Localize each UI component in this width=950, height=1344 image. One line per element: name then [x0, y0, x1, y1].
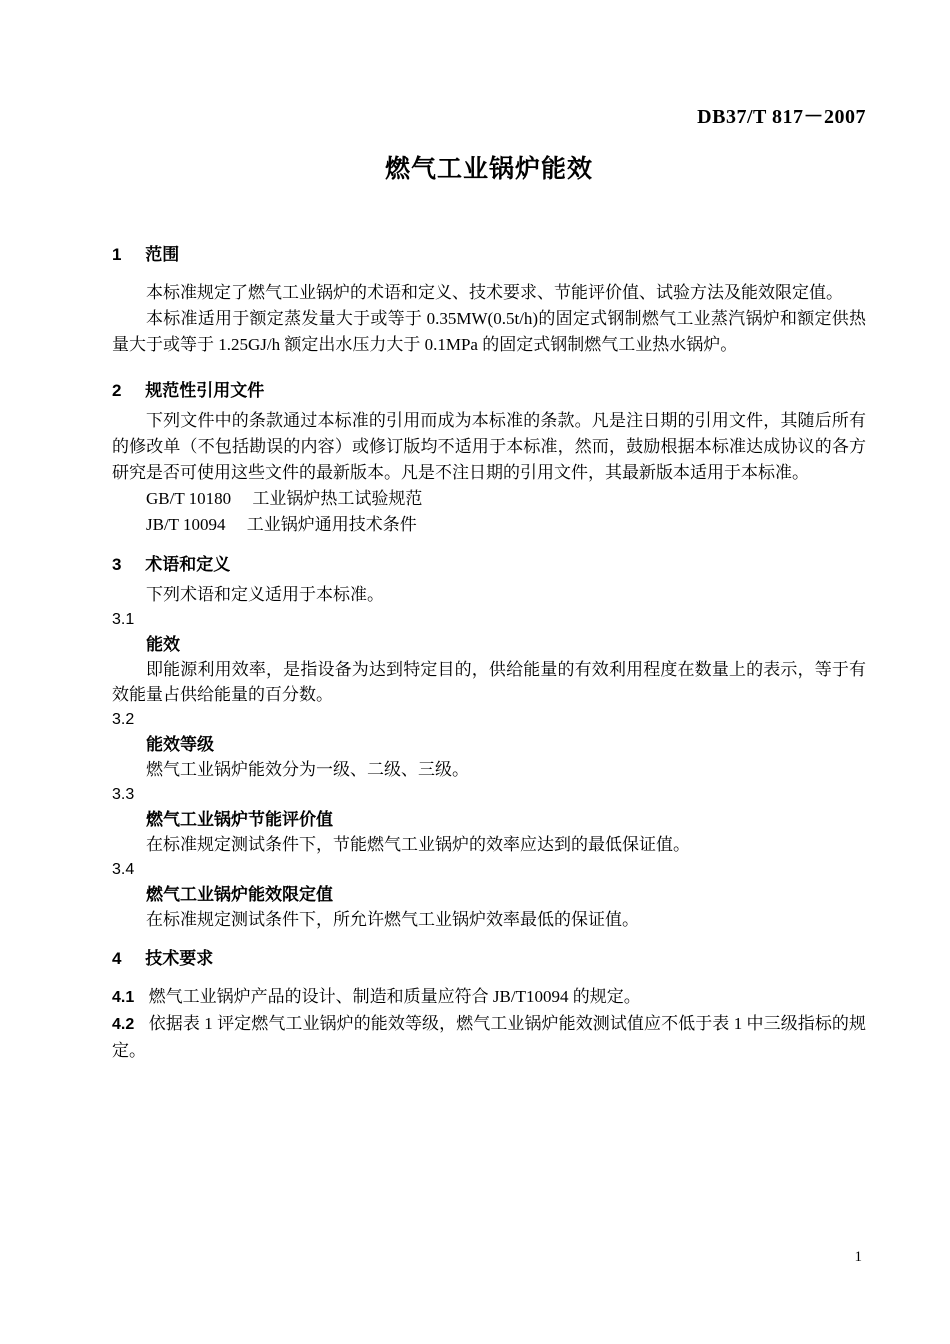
page-number: 1 — [855, 1248, 863, 1266]
section-2-paragraph-1: 下列文件中的条款通过本标准的引用而成为本标准的条款。凡是注日期的引用文件，其随后… — [112, 408, 866, 486]
section-2-title: 规范性引用文件 — [145, 381, 264, 400]
section-4-heading: 4技术要求 — [112, 946, 866, 972]
document-content: DB37/T 817－2007 燃气工业锅炉能效 1范围 本标准规定了燃气工业锅… — [112, 0, 866, 1064]
clause-3-1-number: 3.1 — [112, 607, 866, 632]
clause-3-2-term: 能效等级 — [112, 732, 866, 757]
clause-3-4-term: 燃气工业锅炉能效限定值 — [112, 882, 866, 907]
section-3-heading: 3术语和定义 — [112, 552, 866, 578]
clause-4-2: 4.2依据表 1 评定燃气工业锅炉的能效等级，燃气工业锅炉能效测试值应不低于表 … — [112, 1011, 866, 1064]
section-2-heading: 2规范性引用文件 — [112, 378, 866, 404]
clause-3-3-term: 燃气工业锅炉节能评价值 — [112, 807, 866, 832]
normative-reference-2: JB/T 10094 工业锅炉通用技术条件 — [112, 512, 866, 538]
section-3-number: 3 — [112, 552, 121, 578]
normative-reference-1: GB/T 10180 工业锅炉热工试验规范 — [112, 486, 866, 512]
clause-3-2-number: 3.2 — [112, 707, 866, 732]
terms-and-definitions: 下列术语和定义适用于本标准。 3.1 能效 即能源利用效率，是指设备为达到特定目… — [112, 582, 866, 932]
section-1-paragraph-2: 本标准适用于额定蒸发量大于或等于 0.35MW(0.5t/h)的固定式钢制燃气工… — [112, 306, 866, 358]
document-page: DB37/T 817－2007 燃气工业锅炉能效 1范围 本标准规定了燃气工业锅… — [0, 0, 950, 1344]
page-title: 燃气工业锅炉能效 — [112, 152, 866, 186]
clause-4-1-text: 燃气工业锅炉产品的设计、制造和质量应符合 JB/T10094 的规定。 — [149, 987, 641, 1006]
clause-3-3-definition: 在标准规定测试条件下，节能燃气工业锅炉的效率应达到的最低保证值。 — [112, 832, 866, 857]
section-1-paragraph-1: 本标准规定了燃气工业锅炉的术语和定义、技术要求、节能评价值、试验方法及能效限定值… — [112, 280, 866, 306]
section-4-number: 4 — [112, 946, 121, 972]
section-1-number: 1 — [112, 242, 121, 268]
clause-4-1: 4.1燃气工业锅炉产品的设计、制造和质量应符合 JB/T10094 的规定。 — [112, 984, 866, 1011]
clause-3-3-number: 3.3 — [112, 782, 866, 807]
section-2-number: 2 — [112, 378, 121, 404]
section-1-heading: 1范围 — [112, 242, 866, 268]
clause-4-2-number: 4.2 — [112, 1012, 134, 1038]
clause-3-4-definition: 在标准规定测试条件下，所允许燃气工业锅炉效率最低的保证值。 — [112, 907, 866, 932]
section-3-intro: 下列术语和定义适用于本标准。 — [112, 582, 866, 607]
section-4-title: 技术要求 — [145, 949, 213, 968]
clause-3-1-term: 能效 — [112, 632, 866, 657]
clause-3-4-number: 3.4 — [112, 857, 866, 882]
section-1-title: 范围 — [145, 245, 179, 264]
doc-number: DB37/T 817－2007 — [112, 0, 866, 128]
section-3-title: 术语和定义 — [145, 555, 230, 574]
clause-4-1-number: 4.1 — [112, 985, 134, 1011]
clause-3-2-definition: 燃气工业锅炉能效分为一级、二级、三级。 — [112, 757, 866, 782]
clause-3-1-definition: 即能源利用效率，是指设备为达到特定目的，供给能量的有效利用程度在数量上的表示，等… — [112, 657, 866, 707]
clause-4-2-text: 依据表 1 评定燃气工业锅炉的能效等级，燃气工业锅炉能效测试值应不低于表 1 中… — [112, 1014, 866, 1060]
